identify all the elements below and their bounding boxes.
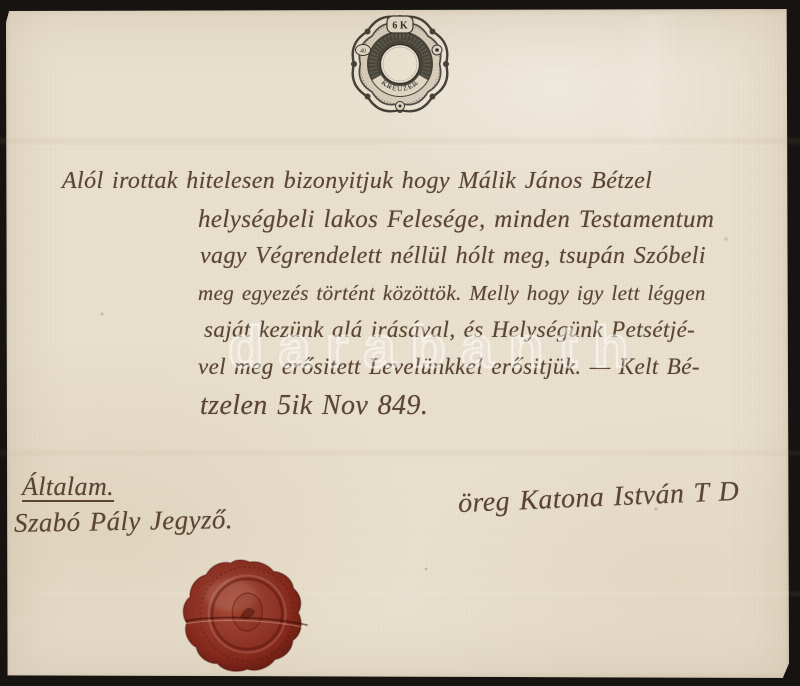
- manuscript-line: meg egyezés történt közöttök. Melly hogy…: [198, 281, 706, 306]
- manuscript-line: tzelen 5ik Nov 849.: [200, 390, 428, 422]
- signature-left-name: Szabó Pály Jegyző.: [14, 504, 233, 539]
- manuscript-line: vagy Végrendelett néllül hólt meg, tsupá…: [200, 243, 706, 270]
- wax-seal-icon: [177, 553, 317, 682]
- stamp-center: [381, 45, 420, 84]
- manuscript-line: saját kezünk alá irásával, és Helységünk…: [204, 317, 695, 343]
- stamp-denomination-label: 6 K: [392, 21, 408, 32]
- manuscript-line: helységbeli lakos Felesége, minden Testa…: [198, 206, 714, 234]
- stamp-side-number: 40: [360, 49, 366, 55]
- manuscript-line: Alól irottak hitelesen bizonyitjuk hogy …: [62, 168, 652, 195]
- manuscript-line: vel meg erősitett Levelünkkel erősitjük.…: [198, 354, 700, 380]
- signature-left-label: Általam.: [22, 472, 114, 502]
- revenue-stamp-icon: 6 K KREUZER 40: [342, 12, 458, 116]
- page-background: { "colors": { "background": "#161310", "…: [0, 0, 800, 686]
